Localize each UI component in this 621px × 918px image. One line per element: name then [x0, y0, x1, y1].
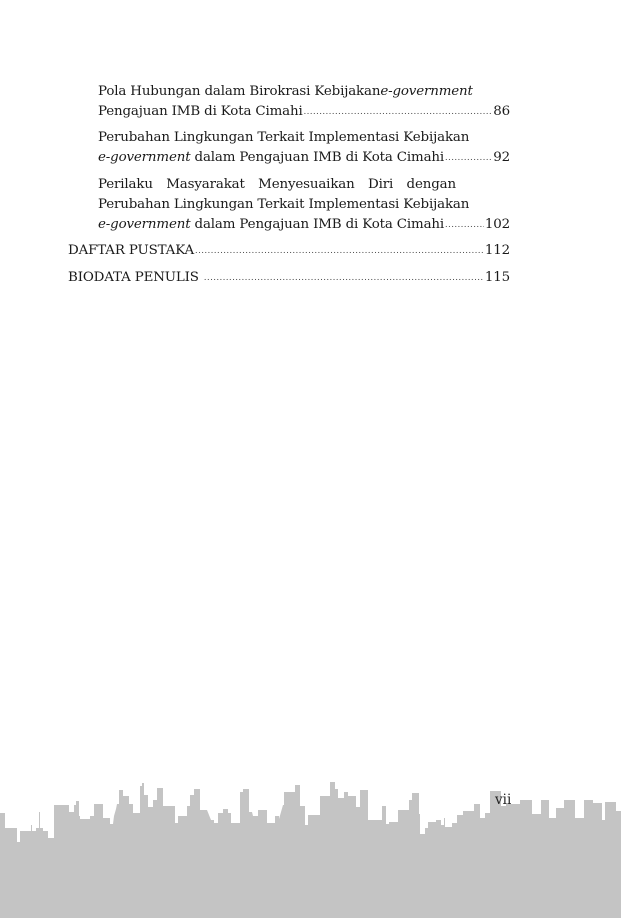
toc-entry-text: DAFTAR PUSTAKA — [68, 241, 194, 261]
toc-entry-italic-text: e-government — [98, 148, 190, 168]
toc-entry-text: Perubahan Lingkungan Terkait Implementas… — [98, 195, 469, 215]
toc-entry-line: Perilaku Masyarakat Menyesuaikan Diri de… — [98, 175, 456, 195]
toc-entry-pola-hubungan[interactable]: Pola Hubungan dalam Birokrasi Kebijakan … — [98, 82, 510, 122]
toc-entry-text: Perubahan Lingkungan Terkait Implementas… — [98, 128, 469, 148]
toc-entry-word: Perilaku — [98, 175, 153, 195]
leader-dots — [204, 268, 484, 288]
toc-entry-line: Pengajuan IMB di Kota Cimahi 86 — [98, 102, 510, 122]
toc-entry-text: Pengajuan IMB di Kota Cimahi — [98, 102, 303, 122]
toc-page-number: 112 — [485, 241, 510, 261]
toc-entry-line: BIODATA PENULIS 115 — [68, 268, 510, 288]
toc-entry-text: BIODATA PENULIS — [68, 268, 203, 288]
toc-entry-italic-text: e-government — [98, 215, 190, 235]
city-skyline-icon — [0, 780, 621, 918]
toc-entry-perilaku-masyarakat[interactable]: Perilaku Masyarakat Menyesuaikan Diri de… — [98, 175, 510, 235]
toc-entry-line: e-government dalam Pengajuan IMB di Kota… — [98, 148, 510, 168]
leader-dots — [195, 241, 484, 261]
toc-entry-word: Menyesuaikan — [258, 175, 354, 195]
toc-page-number: 102 — [485, 215, 510, 235]
toc-entry-word: Masyarakat — [166, 175, 244, 195]
leader-dots — [445, 148, 492, 168]
toc-entry-line: DAFTAR PUSTAKA 112 — [68, 241, 510, 261]
toc-page-number: 115 — [485, 268, 510, 288]
toc-entry-biodata-penulis[interactable]: BIODATA PENULIS 115 — [68, 268, 510, 288]
toc-entry-line: Perubahan Lingkungan Terkait Implementas… — [98, 128, 510, 148]
toc-entry-daftar-pustaka[interactable]: DAFTAR PUSTAKA 112 — [68, 241, 510, 261]
toc-entry-line: e-government dalam Pengajuan IMB di Kota… — [98, 215, 510, 235]
page-number-folio: vii — [495, 792, 511, 808]
toc-entry-text: dalam Pengajuan IMB di Kota Cimahi — [190, 215, 444, 235]
toc-entry-text: Pola Hubungan dalam Birokrasi Kebijakan — [98, 82, 380, 102]
leader-dots — [445, 215, 484, 235]
leader-dots — [304, 102, 493, 122]
toc-entry-italic-text: e-government — [380, 82, 472, 102]
toc-page-number: 86 — [493, 102, 510, 122]
toc-entry-word: Diri — [368, 175, 393, 195]
toc-entry-text: dalam Pengajuan IMB di Kota Cimahi — [190, 148, 444, 168]
toc-entry-line: Perubahan Lingkungan Terkait Implementas… — [98, 195, 510, 215]
toc-entry-perubahan-lingkungan[interactable]: Perubahan Lingkungan Terkait Implementas… — [98, 128, 510, 168]
toc-entry-word: dengan — [407, 175, 456, 195]
toc-page-number: 92 — [493, 148, 510, 168]
toc-entry-line: Pola Hubungan dalam Birokrasi Kebijakan … — [98, 82, 510, 102]
